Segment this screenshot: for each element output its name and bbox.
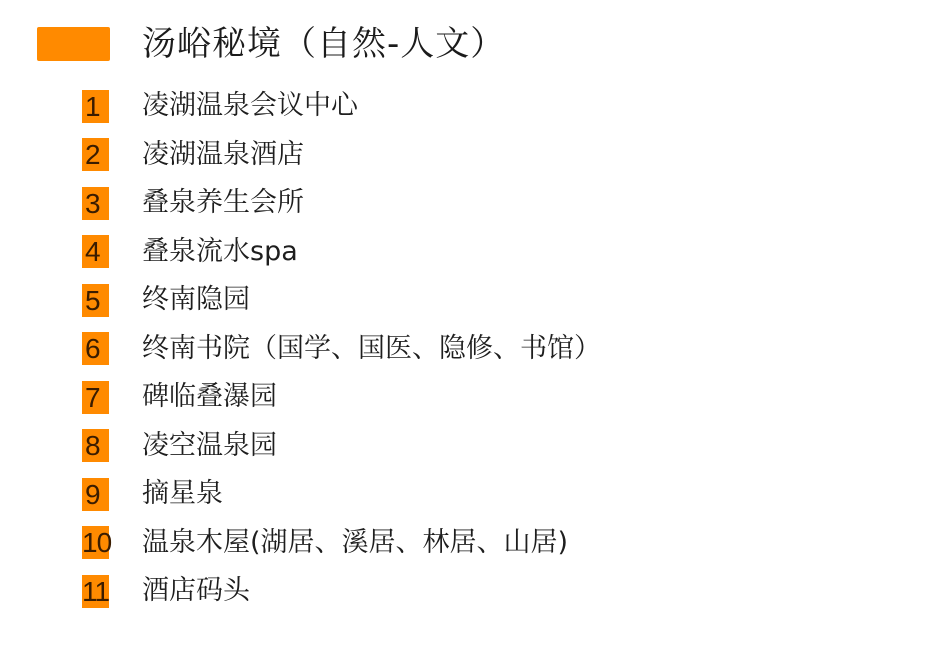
legend-item-label: 凌湖温泉会议中心 xyxy=(142,89,358,123)
legend-item: 6 终南书院（国学、国医、隐修、书馆） xyxy=(82,325,601,374)
legend-item: 3 叠泉养生会所 xyxy=(82,179,601,228)
legend-item-label: 凌湖温泉酒店 xyxy=(142,138,304,172)
legend-header: 汤峪秘境（自然-人文） xyxy=(37,24,505,64)
legend-item-label: 凌空温泉园 xyxy=(142,429,277,463)
legend-item: 2 凌湖温泉酒店 xyxy=(82,131,601,180)
legend-list: 1 凌湖温泉会议中心 2 凌湖温泉酒店 3 叠泉养生会所 4 叠泉流水spa 5… xyxy=(82,82,601,616)
legend-item-label: 碑临叠瀑园 xyxy=(142,380,277,414)
legend-item: 4 叠泉流水spa xyxy=(82,228,601,277)
map-legend: 汤峪秘境（自然-人文） 1 凌湖温泉会议中心 2 凌湖温泉酒店 3 叠泉养生会所… xyxy=(0,0,929,663)
legend-title: 汤峪秘境（自然-人文） xyxy=(142,24,505,64)
legend-item-label: 摘星泉 xyxy=(142,477,223,511)
number-badge: 5 xyxy=(82,284,109,317)
number-badge: 7 xyxy=(82,381,109,414)
number-badge: 6 xyxy=(82,332,109,365)
legend-item: 11 酒店码头 xyxy=(82,567,601,616)
legend-item: 5 终南隐园 xyxy=(82,276,601,325)
number-badge: 11 xyxy=(82,575,109,608)
legend-item: 1 凌湖温泉会议中心 xyxy=(82,82,601,131)
number-badge: 2 xyxy=(82,138,109,171)
legend-item: 8 凌空温泉园 xyxy=(82,422,601,471)
legend-item-label: 叠泉养生会所 xyxy=(142,186,304,220)
number-badge: 3 xyxy=(82,187,109,220)
category-color-swatch xyxy=(37,27,110,61)
number-badge: 10 xyxy=(82,526,109,559)
legend-item-label: 终南隐园 xyxy=(142,283,250,317)
number-badge: 9 xyxy=(82,478,109,511)
legend-item-label: 酒店码头 xyxy=(142,574,250,608)
number-badge: 1 xyxy=(82,90,109,123)
legend-item: 10 温泉木屋(湖居、溪居、林居、山居) xyxy=(82,519,601,568)
legend-item-label: 温泉木屋(湖居、溪居、林居、山居) xyxy=(142,526,568,560)
legend-item-label: 终南书院（国学、国医、隐修、书馆） xyxy=(142,332,601,366)
number-badge: 4 xyxy=(82,235,109,268)
legend-item: 9 摘星泉 xyxy=(82,470,601,519)
legend-item: 7 碑临叠瀑园 xyxy=(82,373,601,422)
number-badge: 8 xyxy=(82,429,109,462)
legend-item-label: 叠泉流水spa xyxy=(142,235,298,269)
